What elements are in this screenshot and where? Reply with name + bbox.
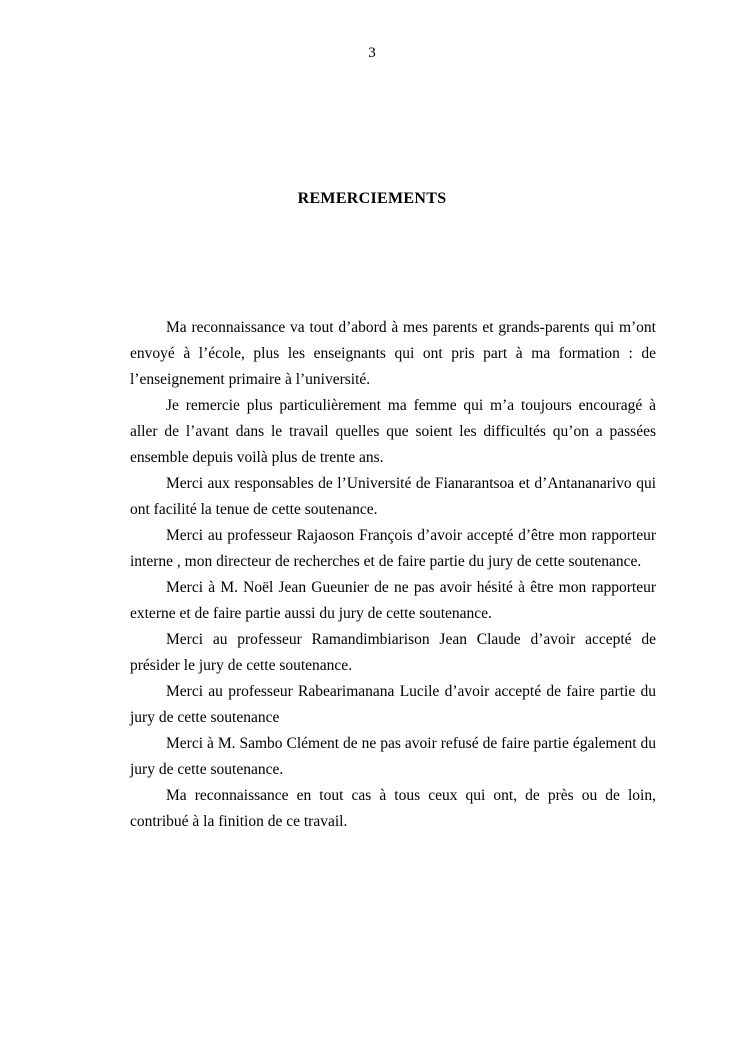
- document-body: Ma reconnaissance va tout d’abord à mes …: [130, 315, 656, 835]
- paragraph: Merci au professeur Rabearimanana Lucile…: [130, 679, 656, 731]
- paragraph: Je remercie plus particulièrement ma fem…: [130, 393, 656, 471]
- page-title: REMERCIEMENTS: [0, 190, 744, 208]
- page-number: 3: [0, 44, 744, 62]
- paragraph: Ma reconnaissance en tout cas à tous ceu…: [130, 783, 656, 835]
- paragraph: Merci au professeur Rajaoson François d’…: [130, 523, 656, 575]
- paragraph: Ma reconnaissance va tout d’abord à mes …: [130, 315, 656, 393]
- paragraph: Merci au professeur Ramandimbiarison Jea…: [130, 627, 656, 679]
- paragraph: Merci à M. Noël Jean Gueunier de ne pas …: [130, 575, 656, 627]
- document-page: 3 REMERCIEMENTS Ma reconnaissance va tou…: [0, 0, 744, 1053]
- paragraph: Merci à M. Sambo Clément de ne pas avoir…: [130, 731, 656, 783]
- paragraph: Merci aux responsables de l’Université d…: [130, 471, 656, 523]
